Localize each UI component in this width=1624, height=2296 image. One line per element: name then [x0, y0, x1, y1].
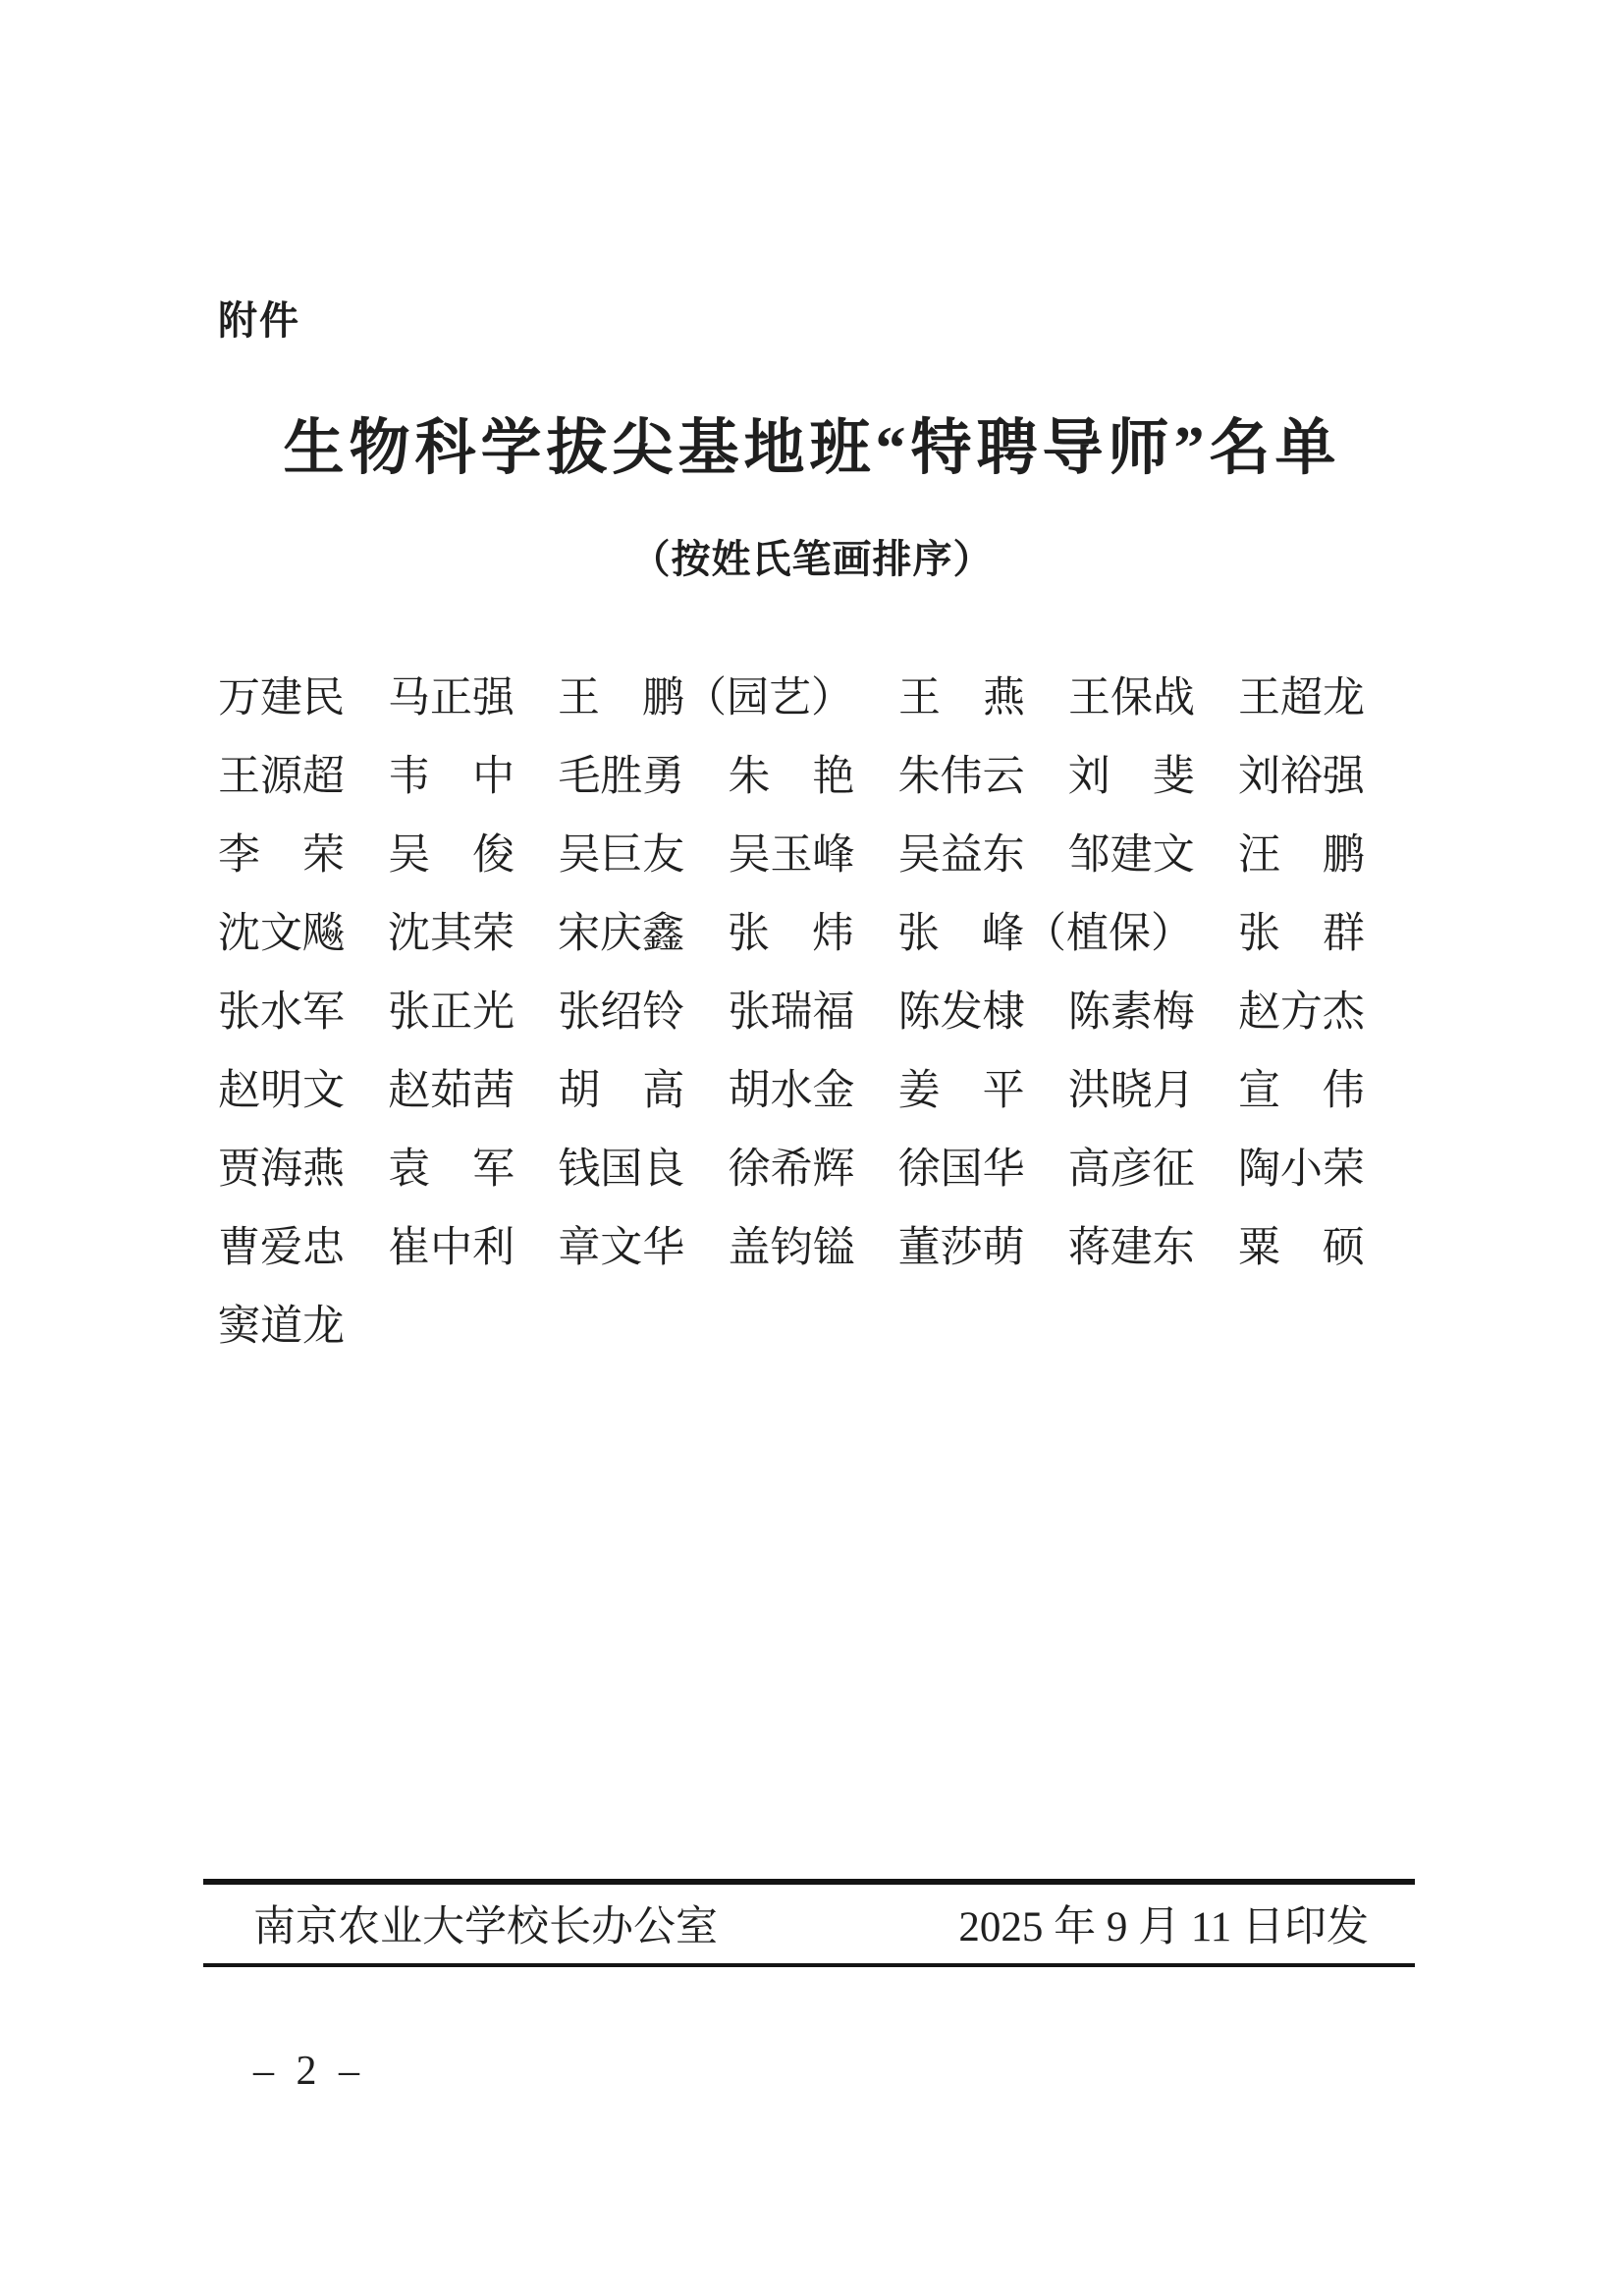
mentor-row: 张水军张正光张绍铃张瑞福陈发棣陈素梅赵方杰	[218, 991, 1363, 1070]
mentor-name: 张 炜	[728, 913, 852, 956]
mentor-name: 吴益东	[898, 834, 1023, 878]
mentor-name: 张瑞福	[728, 991, 852, 1035]
mentor-name: 窦道龙	[218, 1306, 343, 1349]
mentor-name: 宣 伟	[1238, 1070, 1363, 1113]
mentor-name: 朱伟云	[898, 756, 1023, 799]
mentor-name: 宋庆鑫	[558, 913, 682, 956]
mentor-name: 徐希辉	[728, 1148, 852, 1192]
mentor-row: 窦道龙	[218, 1306, 1363, 1384]
mentor-name: 刘裕强	[1238, 756, 1363, 799]
mentor-name-list: 万建民马正强王 鹏（园艺）王 燕王保战王超龙王源超韦 中毛胜勇朱 艳朱伟云刘 斐…	[218, 677, 1363, 1384]
mentor-name: 吴玉峰	[728, 834, 852, 878]
mentor-name: 王 燕	[898, 677, 1023, 721]
mentor-name: 毛胜勇	[558, 756, 682, 799]
mentor-name: 钱国良	[558, 1148, 682, 1192]
document-title: 生物科学拔尖基地班“特聘导师”名单	[0, 412, 1624, 485]
mentor-row: 李 荣吴 俊吴巨友吴玉峰吴益东邹建文汪 鹏	[218, 834, 1363, 913]
mentor-name: 粟 硕	[1238, 1227, 1363, 1270]
mentor-name: 蒋建东	[1068, 1227, 1193, 1270]
mentor-name: 陈发棣	[898, 991, 1023, 1035]
mentor-name: 胡 高	[558, 1070, 682, 1113]
footer-rule-bottom	[203, 1963, 1415, 1967]
mentor-name: 赵明文	[218, 1070, 343, 1113]
mentor-row: 赵明文赵茹茜胡 高胡水金姜 平洪晓月宣 伟	[218, 1070, 1363, 1148]
mentor-name: 王保战	[1068, 677, 1193, 721]
mentor-name: 汪 鹏	[1238, 834, 1363, 878]
mentor-name: 董莎萌	[898, 1227, 1023, 1270]
document-subtitle: （按姓氏笔画排序）	[0, 536, 1624, 583]
mentor-name: 万建民	[218, 677, 343, 721]
issuing-office: 南京农业大学校长办公室	[253, 1904, 718, 1950]
mentor-name: 王源超	[218, 756, 343, 799]
page-number: – 2 –	[253, 2048, 365, 2095]
mentor-name: 姜 平	[898, 1070, 1023, 1113]
mentor-name: 张水军	[218, 991, 343, 1035]
attachment-label: 附件	[218, 298, 300, 344]
mentor-name: 沈文飚	[218, 913, 343, 956]
mentor-name: 袁 军	[388, 1148, 513, 1192]
mentor-name: 洪晓月	[1068, 1070, 1193, 1113]
mentor-name: 张绍铃	[558, 991, 682, 1035]
mentor-name: 徐国华	[898, 1148, 1023, 1192]
mentor-name: 吴 俊	[388, 834, 513, 878]
mentor-name: 王超龙	[1238, 677, 1363, 721]
mentor-name: 张 群	[1238, 913, 1363, 956]
mentor-name: 陈素梅	[1068, 991, 1193, 1035]
mentor-name: 赵方杰	[1238, 991, 1363, 1035]
mentor-name: 沈其荣	[388, 913, 513, 956]
mentor-name: 贾海燕	[218, 1148, 343, 1192]
mentor-name: 韦 中	[388, 756, 513, 799]
mentor-name: 陶小荣	[1238, 1148, 1363, 1192]
mentor-row: 王源超韦 中毛胜勇朱 艳朱伟云刘 斐刘裕强	[218, 756, 1363, 834]
mentor-name: 刘 斐	[1068, 756, 1193, 799]
mentor-row: 贾海燕袁 军钱国良徐希辉徐国华高彦征陶小荣	[218, 1148, 1363, 1227]
document-page: 附件 生物科学拔尖基地班“特聘导师”名单 （按姓氏笔画排序） 万建民马正强王 鹏…	[0, 0, 1624, 2296]
mentor-name: 曹爱忠	[218, 1227, 343, 1270]
mentor-name: 盖钧镒	[728, 1227, 852, 1270]
mentor-name: 高彦征	[1068, 1148, 1193, 1192]
mentor-name: 李 荣	[218, 834, 343, 878]
mentor-name: 朱 艳	[728, 756, 852, 799]
mentor-name: 马正强	[388, 677, 513, 721]
footer-row: 南京农业大学校长办公室 2025 年 9 月 11 日印发	[253, 1904, 1369, 1950]
mentor-name: 胡水金	[728, 1070, 852, 1113]
mentor-name: 章文华	[558, 1227, 682, 1270]
mentor-name: 崔中利	[388, 1227, 513, 1270]
issue-date: 2025 年 9 月 11 日印发	[958, 1904, 1369, 1950]
mentor-row: 万建民马正强王 鹏（园艺）王 燕王保战王超龙	[218, 677, 1363, 756]
mentor-row: 曹爱忠崔中利章文华盖钧镒董莎萌蒋建东粟 硕	[218, 1227, 1363, 1306]
mentor-row: 沈文飚沈其荣宋庆鑫张 炜张 峰（植保）张 群	[218, 913, 1363, 991]
mentor-name: 王 鹏（园艺）	[558, 677, 853, 721]
mentor-name: 张 峰（植保）	[897, 913, 1193, 956]
mentor-name: 张正光	[388, 991, 513, 1035]
mentor-name: 邹建文	[1068, 834, 1193, 878]
mentor-name: 赵茹茜	[388, 1070, 513, 1113]
mentor-name: 吴巨友	[558, 834, 682, 878]
footer-rule-top	[203, 1879, 1415, 1885]
